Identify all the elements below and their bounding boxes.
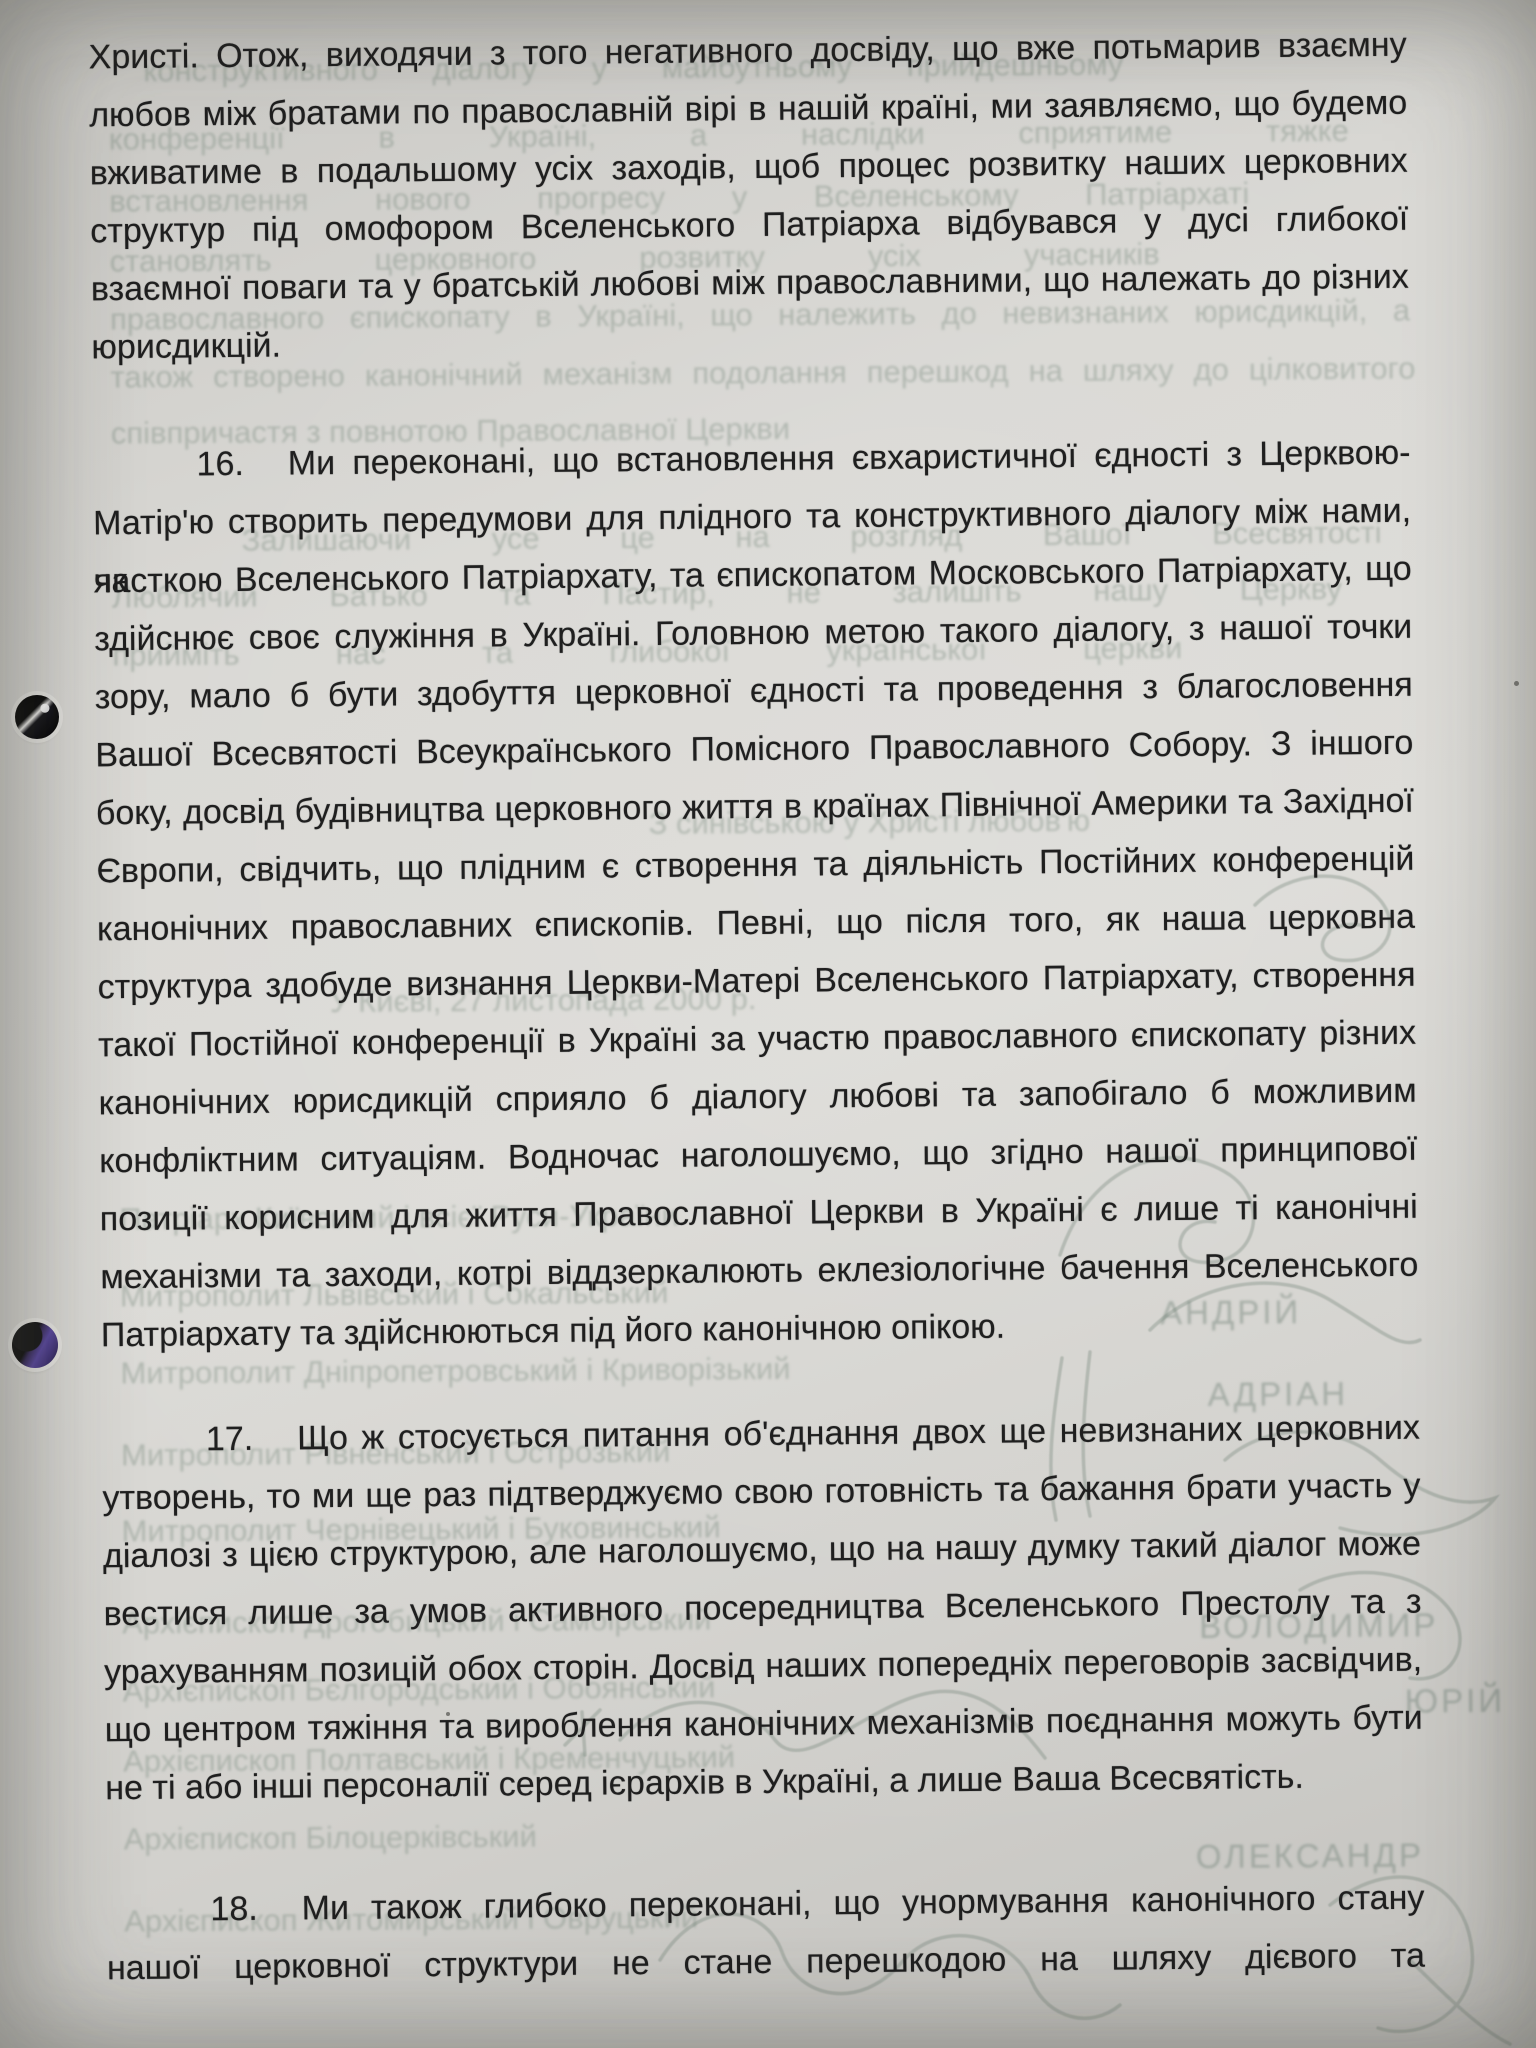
paragraph-p18: 18.Ми також глибоко переконані, що унорм…: [106, 1869, 1425, 1998]
hole-punch-bottom-icon: [12, 1322, 58, 1368]
text-block: Христі. Отож, виходячи з того негативног…: [88, 0, 1426, 2048]
dust-speck: [258, 762, 262, 766]
dust-speck: [1514, 681, 1519, 686]
paragraph-number: 17.: [206, 1410, 254, 1468]
scanned-document-page: конструктивного діалогу у майбутньому пр…: [0, 0, 1536, 2048]
hole-punch-top-icon: [15, 695, 59, 739]
paragraph-number: 16.: [196, 435, 244, 493]
paragraph-continuation: Христі. Отож, виходячи з того негативног…: [88, 16, 1409, 377]
paragraph-p17: 17.Що ж стосується питання об'єднання дв…: [102, 1399, 1424, 1818]
paragraph-number: 18.: [210, 1880, 258, 1938]
text-line: нашої церковної структури не стане переш…: [107, 1927, 1425, 1998]
paragraph-p16: 16.Ми переконані, що встановлення євхари…: [92, 424, 1419, 1365]
text-line: Патріархату та здійснюються під його кан…: [101, 1294, 1419, 1365]
text-line: не ті або інші персоналії серед ієрархів…: [105, 1747, 1423, 1818]
dust-speck: [446, 1712, 450, 1716]
bleedthrough-signatory-name: ЮРІЙ: [1405, 1683, 1536, 1720]
